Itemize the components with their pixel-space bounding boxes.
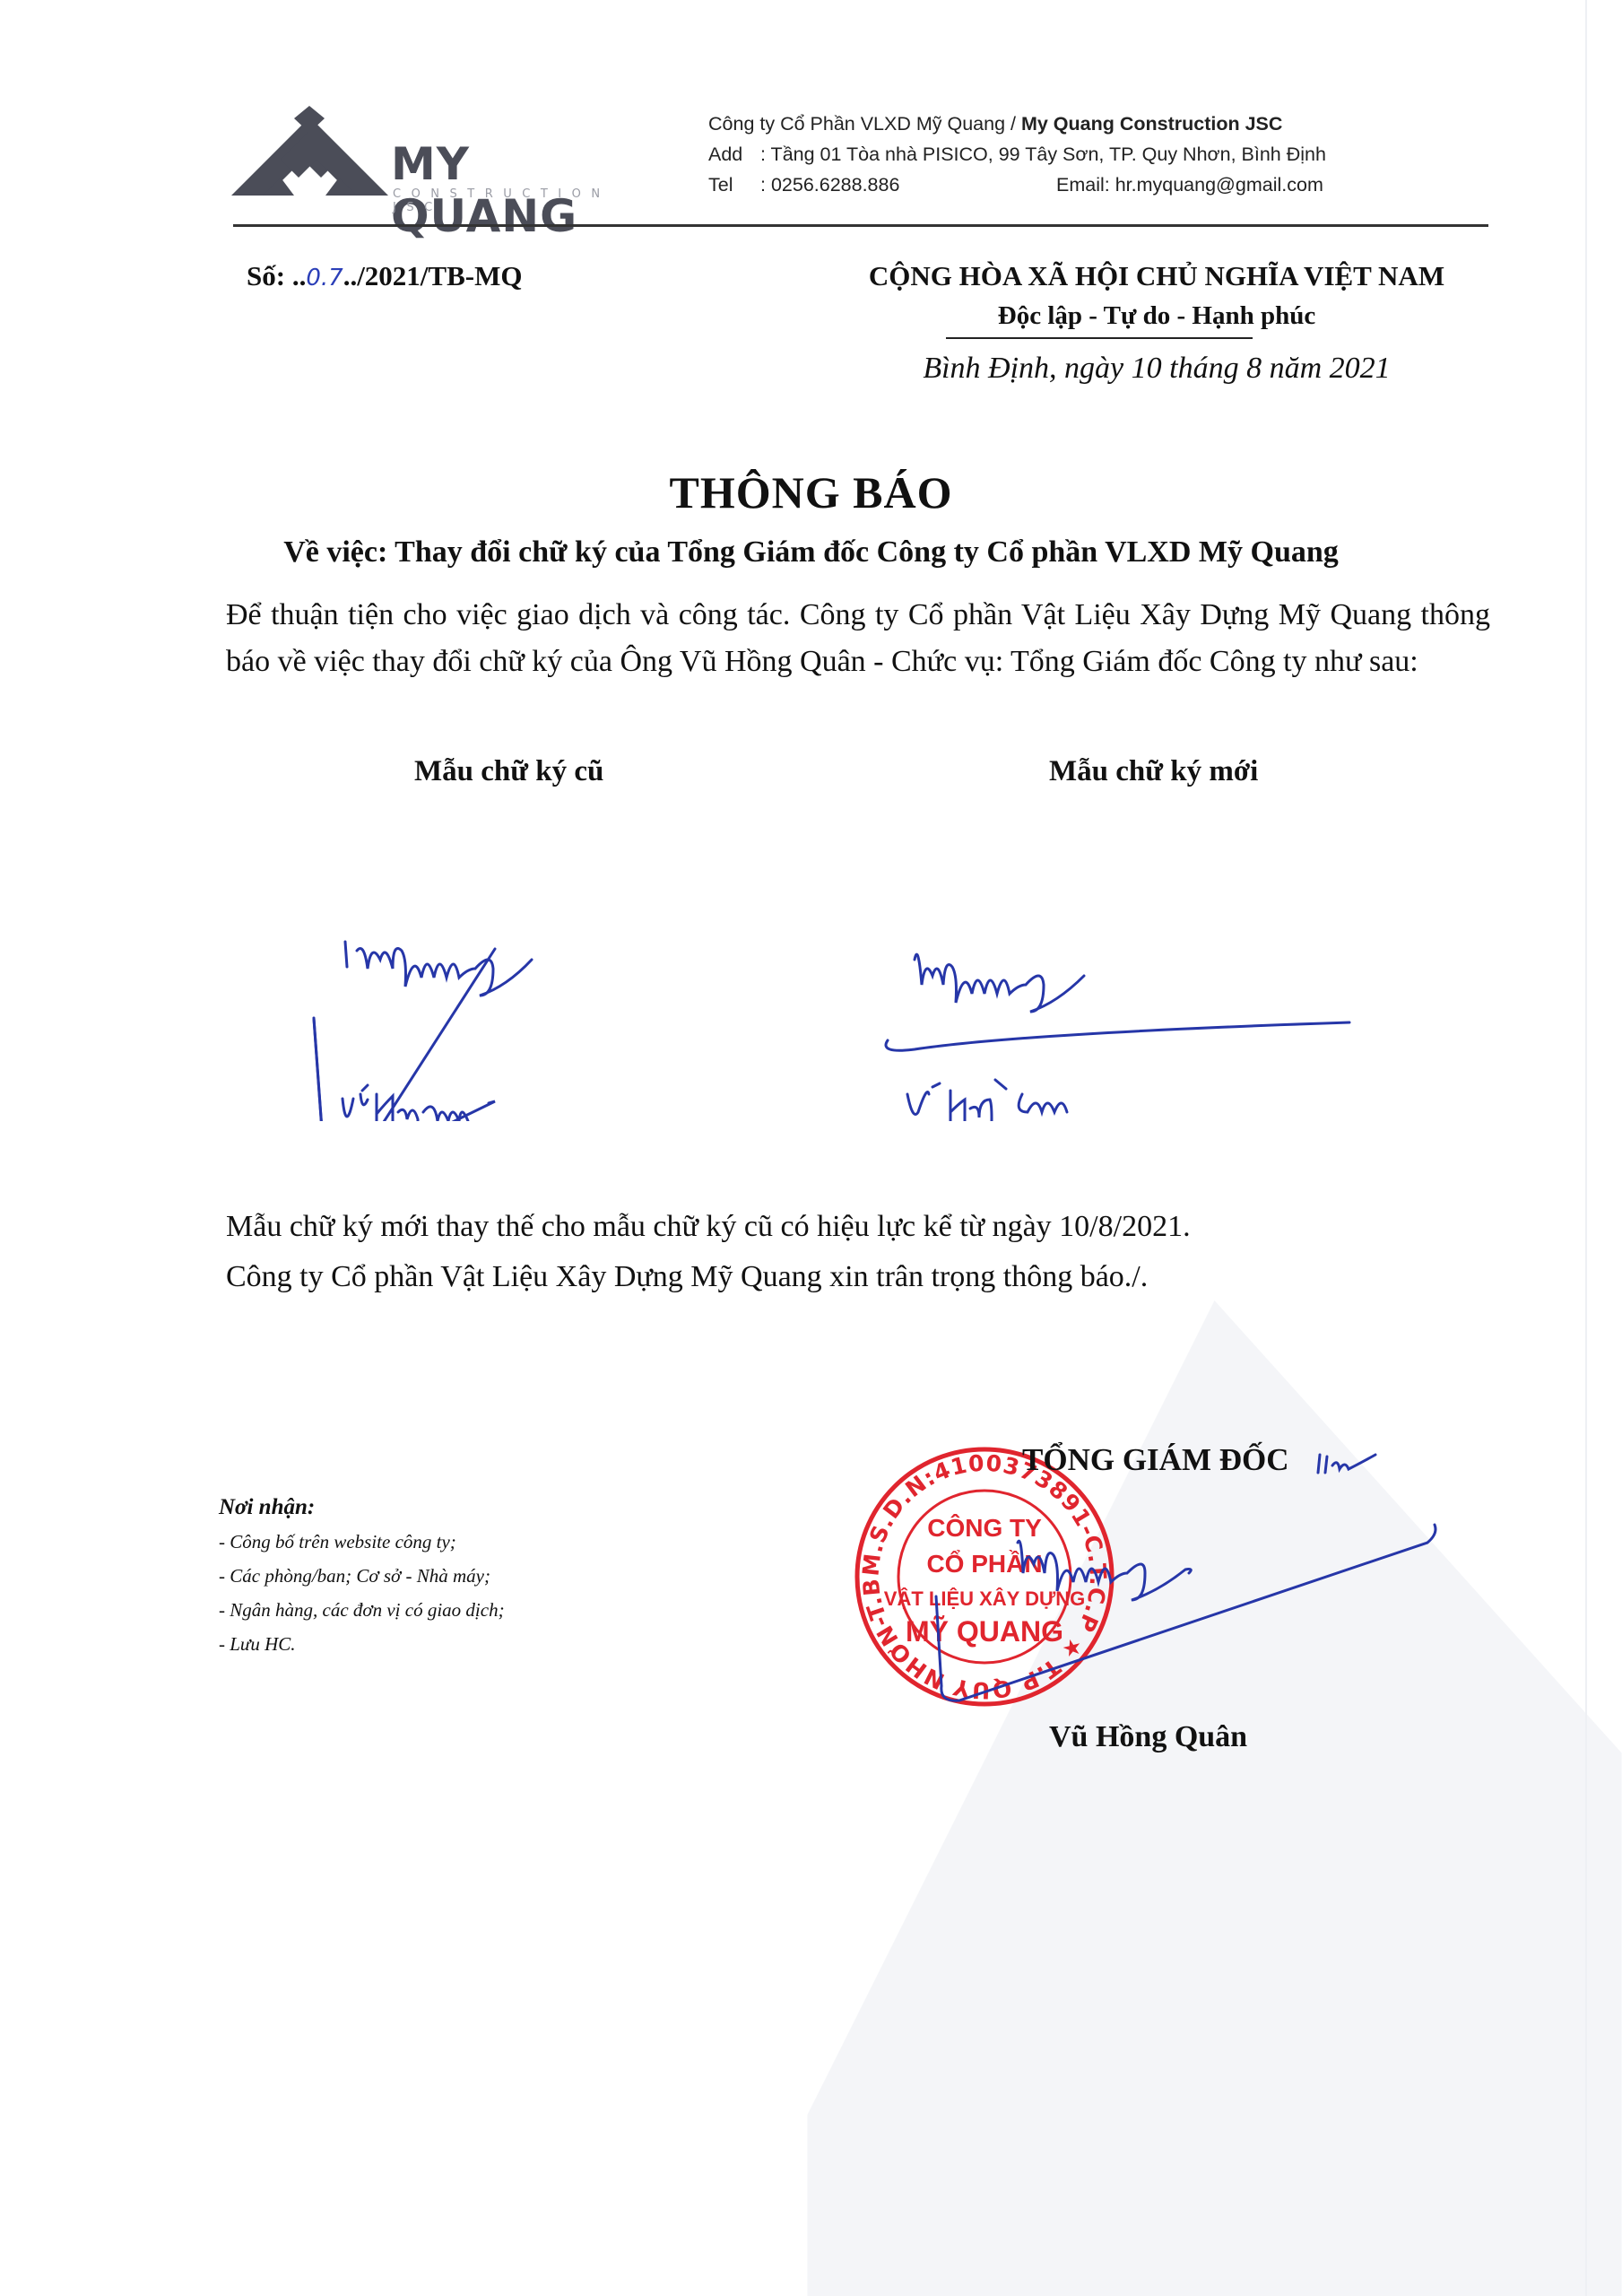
place-date: Bình Định, ngày 10 tháng 8 năm 2021 <box>771 352 1542 386</box>
scan-edge <box>1585 0 1587 2296</box>
national-title: CỘNG HÒA XÃ HỘI CHỦ NGHĨA VIỆT NAM <box>771 260 1542 292</box>
national-heading: CỘNG HÒA XÃ HỘI CHỦ NGHĨA VIỆT NAM Độc l… <box>771 260 1542 331</box>
director-signature <box>915 1435 1453 1704</box>
tel: : 0256.6288.886 <box>760 174 899 196</box>
company-name-vi: Công ty Cổ Phần VLXD Mỹ Quang <box>708 113 1005 135</box>
closing-paragraph: Mẫu chữ ký mới thay thế cho mẫu chữ ký c… <box>226 1202 1191 1302</box>
email: Email: hr.myquang@gmail.com <box>1056 170 1323 200</box>
header-divider <box>233 224 1488 227</box>
document-title: THÔNG BÁO <box>0 466 1622 518</box>
logo-subtitle: CONSTRUCTION JSC <box>393 187 653 214</box>
recipient-item: - Các phòng/ban; Cơ sở - Nhà máy; <box>219 1559 505 1593</box>
address: : Tầng 01 Tòa nhà PISICO, 99 Tây Sơn, TP… <box>760 143 1326 165</box>
national-motto: Độc lập - Tự do - Hạnh phúc <box>998 301 1316 331</box>
address-label: Add <box>708 139 760 170</box>
old-signature-label: Mẫu chữ ký cũ <box>414 755 603 788</box>
new-signature <box>886 954 1349 1121</box>
company-info: Công ty Cổ Phần VLXD Mỹ Quang / My Quang… <box>708 109 1326 200</box>
new-signature-label: Mẫu chữ ký mới <box>1049 755 1258 788</box>
old-signature <box>314 941 532 1122</box>
company-name-en: My Quang Construction JSC <box>1021 113 1282 135</box>
recipient-item: - Ngân hàng, các đơn vị có giao dịch; <box>219 1593 505 1627</box>
respectful-notice-line: Công ty Cổ phần Vật Liệu Xây Dựng Mỹ Qua… <box>226 1252 1191 1302</box>
signer-name: Vũ Hồng Quân <box>1049 1720 1247 1754</box>
recipient-item: - Lưu HC. <box>219 1627 505 1661</box>
handwritten-number: 0.7 <box>306 265 343 291</box>
logo-mountain-icon <box>231 106 388 204</box>
document-subject: Về việc: Thay đổi chữ ký của Tổng Giám đ… <box>0 535 1622 570</box>
recipients-heading: Nơi nhận: <box>219 1491 505 1525</box>
motto-underline <box>946 337 1253 339</box>
recipients: Nơi nhận: - Công bố trên website công ty… <box>219 1491 505 1661</box>
company-logo: MY QUANG CONSTRUCTION JSC <box>231 106 653 204</box>
tel-label: Tel <box>708 170 760 200</box>
document-number: Số: ..0.7../2021/TB-MQ <box>247 260 522 292</box>
body-paragraph: Để thuận tiện cho việc giao dịch và công… <box>226 592 1490 685</box>
signature-samples <box>305 825 1470 1121</box>
effective-date-line: Mẫu chữ ký mới thay thế cho mẫu chữ ký c… <box>226 1202 1191 1252</box>
recipient-item: - Công bố trên website công ty; <box>219 1525 505 1559</box>
